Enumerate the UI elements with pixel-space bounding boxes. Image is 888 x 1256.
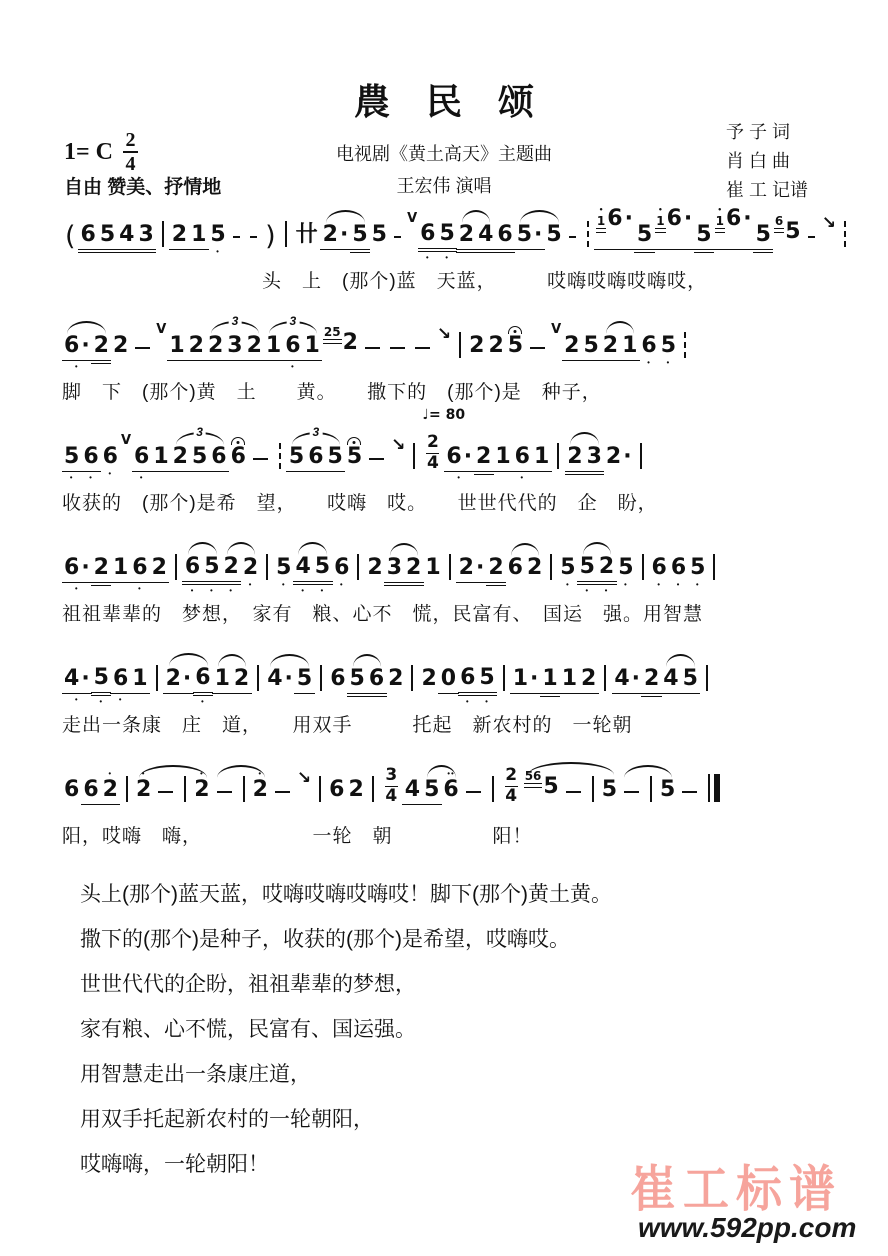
note-body: 6 xyxy=(195,667,210,689)
note: 5 xyxy=(683,653,698,706)
note-digit: 6 xyxy=(185,556,200,578)
note-digit: 5 xyxy=(560,557,575,579)
beam-line xyxy=(81,471,101,472)
beam-line xyxy=(584,471,604,472)
note: 5 xyxy=(424,764,439,817)
slur-group: 23 xyxy=(565,431,604,484)
note: 1 xyxy=(113,542,128,595)
note-body: 6 xyxy=(329,779,344,801)
beam-group: •16·5 xyxy=(714,193,773,262)
fermata-icon xyxy=(508,326,522,334)
note-digit: 2 xyxy=(136,779,151,801)
beam-line xyxy=(438,693,458,694)
slur-group: 5••6 xyxy=(422,764,461,817)
note-below xyxy=(169,357,184,373)
note-body: 5 xyxy=(660,779,675,801)
note-below xyxy=(488,579,503,595)
augmentation-dot: · xyxy=(534,224,542,246)
note-below xyxy=(564,357,579,373)
note-body: 6 xyxy=(83,446,98,468)
note-digit: 5 xyxy=(661,335,676,357)
note-body: 1 xyxy=(153,446,168,468)
note-body: 6 xyxy=(508,557,523,579)
note-body: 5 xyxy=(276,557,291,579)
note-below: • xyxy=(185,578,200,595)
note-digit: 5 xyxy=(315,556,330,578)
note: 5• xyxy=(276,542,291,595)
barline xyxy=(257,665,259,691)
fall-off-mark: ↘ xyxy=(297,770,311,787)
note: 3 xyxy=(138,209,153,262)
note: 2 xyxy=(172,209,187,262)
note-body: 6 xyxy=(185,556,200,578)
music-system-3: 5•6•6•V6•13256635655↘♩= 80246·•216•1232·… xyxy=(62,422,852,533)
beam-line xyxy=(495,252,515,253)
beam-line xyxy=(97,249,117,250)
beam-line xyxy=(132,471,152,472)
note-below: • xyxy=(439,245,454,262)
note: 2• xyxy=(243,542,258,595)
note-below xyxy=(542,690,557,706)
note-digit: 2 xyxy=(113,335,128,357)
note-digit: 5 xyxy=(479,667,494,689)
beam-line xyxy=(477,692,497,693)
fermata-icon xyxy=(231,437,245,445)
note-digit: 5 xyxy=(94,667,109,689)
note-body: 252 xyxy=(324,332,358,357)
beam-line xyxy=(577,581,597,582)
beam-line xyxy=(404,582,424,583)
note-digit: 5 xyxy=(683,668,698,690)
note-below xyxy=(387,579,402,595)
beam-line xyxy=(634,249,654,250)
note-below xyxy=(328,468,343,484)
note-digit: 1 xyxy=(542,668,557,690)
note-digit: 6 xyxy=(83,446,98,468)
note-body: 2 xyxy=(388,668,403,690)
beam-line xyxy=(486,582,506,583)
note-below: • xyxy=(560,579,575,595)
beam-group: 4·•5• xyxy=(62,652,111,706)
note-digit: 6 xyxy=(460,667,475,689)
note: 2 xyxy=(189,320,204,373)
note: 6• xyxy=(641,320,656,373)
octave-dot-low: • xyxy=(75,585,79,593)
note: 1 xyxy=(305,320,320,373)
note: 2· xyxy=(323,209,349,262)
breath-mark: V xyxy=(156,323,166,336)
note-body: 6 xyxy=(231,446,246,468)
note-digit: 6 xyxy=(334,557,349,579)
grace-note: •1 xyxy=(716,207,724,233)
note-digit: 5 xyxy=(372,224,387,246)
beam-group: 43 xyxy=(117,209,156,262)
beam-line xyxy=(244,360,264,361)
note-body: 5 xyxy=(210,224,225,246)
note: 5• xyxy=(64,431,79,484)
note-digit: 6 xyxy=(113,668,128,690)
beam-group: 12 xyxy=(560,653,599,706)
duration-dash xyxy=(217,791,232,793)
note-digit: 5 xyxy=(100,224,115,246)
grace-digits: 1 xyxy=(597,215,605,227)
note-digit: 5 xyxy=(352,224,367,246)
note-body: 5 xyxy=(618,557,633,579)
note-digit: 2 xyxy=(421,668,436,690)
note-body: 5 xyxy=(424,779,439,801)
note-digit: 2 xyxy=(388,668,403,690)
note-digit: 6 xyxy=(308,446,323,468)
note-body: 4 xyxy=(119,224,134,246)
note-body: 5 xyxy=(661,335,676,357)
note: 1 xyxy=(132,653,147,706)
note-body: 6 xyxy=(113,668,128,690)
note-below: • xyxy=(195,689,210,706)
beam-line xyxy=(579,693,599,694)
note: 5 xyxy=(756,209,771,262)
octave-dot-low: • xyxy=(216,248,220,256)
lyrics-block: 头上(那个)蓝天蓝，哎嗨哎嗨哎嗨哎！脚下(那个)黄土黄。 撒下的(那个)是种子，… xyxy=(80,872,612,1187)
note-body: 5 xyxy=(347,446,362,468)
barline xyxy=(492,776,494,802)
beam-line xyxy=(512,471,532,472)
note-digit: 1 xyxy=(495,446,510,468)
beam-group: 4·2 xyxy=(612,653,661,706)
time-signature: 24 xyxy=(505,767,518,805)
duration-dash xyxy=(624,791,639,793)
beam-line xyxy=(559,693,579,694)
beam-line xyxy=(91,585,111,586)
note: 2• xyxy=(224,541,239,595)
octave-dot-low: • xyxy=(191,587,195,595)
note: 3 xyxy=(587,431,602,484)
note-below xyxy=(683,690,698,706)
note: 2 xyxy=(388,653,403,706)
beam-line xyxy=(78,252,98,253)
beam-line xyxy=(91,363,111,364)
note-body: 6 xyxy=(330,668,345,690)
note-body: 2 xyxy=(136,779,151,801)
note-below xyxy=(113,579,128,595)
note-body: 2· xyxy=(459,557,485,579)
note-digit: 4 xyxy=(119,224,134,246)
note-digit: 2 xyxy=(243,557,258,579)
beam-line xyxy=(418,248,438,249)
lyrics-line: 用智慧走出一条康庄道， xyxy=(80,1052,612,1097)
beam-line xyxy=(713,249,754,250)
beam-line xyxy=(100,804,120,805)
beam-group: 6•2 xyxy=(81,764,120,817)
note-digit: 5 xyxy=(756,224,771,246)
note: 5 xyxy=(328,431,343,484)
note: 1 xyxy=(215,653,230,706)
slur-group: 5 xyxy=(619,764,677,817)
note-digit: 5 xyxy=(637,224,652,246)
note: 6 xyxy=(231,431,246,484)
music-lyrics-row: 走出一条康 庄 道， 用双手 托起 新农村的 一轮朝 xyxy=(62,710,852,737)
beam-line xyxy=(91,582,111,583)
beam-line xyxy=(62,582,93,583)
beam-line xyxy=(456,582,487,583)
note-below xyxy=(352,246,367,262)
augmentation-dot: · xyxy=(743,208,751,230)
note-body: 2 xyxy=(113,335,128,357)
note-body: 5 xyxy=(352,224,367,246)
beam-line xyxy=(182,584,202,585)
note-above: • xyxy=(142,764,146,779)
beam-line xyxy=(612,693,643,694)
tuplet-number: 3 xyxy=(310,425,323,439)
note-body: 6 xyxy=(369,668,384,690)
note-body: 3 xyxy=(227,335,242,357)
note-body: 2 xyxy=(581,668,596,690)
beam-line xyxy=(117,252,137,253)
beam-line xyxy=(694,252,714,253)
beam-line xyxy=(293,584,313,585)
note: 6• xyxy=(195,652,210,706)
beam-line xyxy=(81,804,101,805)
octave-dot-low: • xyxy=(301,587,305,595)
note-body: 3 xyxy=(138,224,153,246)
beam-line xyxy=(596,581,616,582)
note-digit: 3 xyxy=(587,446,602,468)
slur-group: 12 xyxy=(213,653,252,706)
beam-line xyxy=(325,471,345,472)
lyrics-line: 头上(那个)蓝天蓝，哎嗨哎嗨哎嗨哎！脚下(那个)黄土黄。 xyxy=(80,872,612,917)
beam-group: 16•2 xyxy=(111,542,169,595)
note: 5· xyxy=(517,209,543,262)
note-body: 2 xyxy=(406,557,421,579)
slur-group: 6·•2 xyxy=(62,320,111,373)
final-barline xyxy=(708,774,720,802)
augmentation-dot: · xyxy=(530,668,538,690)
note-body: •16· xyxy=(656,208,692,246)
beam-line xyxy=(283,360,303,361)
beam-line xyxy=(263,360,283,361)
note-body: 5 xyxy=(439,223,454,245)
note-digit: 6 xyxy=(641,335,656,357)
note-below xyxy=(94,579,109,595)
note-below xyxy=(369,690,384,706)
beam-group: •16·5 xyxy=(595,193,654,262)
note-digit: 2 xyxy=(173,446,188,468)
octave-dot-low: • xyxy=(457,474,461,482)
note-body: 6 xyxy=(285,335,300,357)
note-body: 4· xyxy=(64,668,90,690)
beam-group: 6·•2 xyxy=(444,431,493,484)
note: •2 xyxy=(136,764,151,817)
note-digit: 6 xyxy=(64,557,79,579)
barline xyxy=(156,665,158,691)
note: •2 xyxy=(194,764,209,817)
note-digit: 3 xyxy=(387,557,402,579)
note-digit: 2 xyxy=(606,446,621,468)
note-below: • xyxy=(64,579,90,595)
note-digit: 5 xyxy=(350,668,365,690)
note-digit: 6 xyxy=(497,224,512,246)
note-below xyxy=(562,690,577,706)
note-body: 2 xyxy=(488,557,503,579)
note-body: 2· xyxy=(166,668,192,690)
note-digit: 6 xyxy=(420,223,435,245)
note-body: 2 xyxy=(189,335,204,357)
note-below: • xyxy=(64,468,79,484)
barline xyxy=(706,665,708,691)
note-body: 2 xyxy=(476,446,491,468)
dashed-barline xyxy=(844,221,846,247)
note-below xyxy=(603,357,618,373)
barline xyxy=(372,776,374,802)
note-digit: 2 xyxy=(208,335,223,357)
note: 1 xyxy=(191,209,206,262)
octave-dot-low: • xyxy=(520,474,524,482)
beam-line xyxy=(565,471,585,472)
note: 2 xyxy=(113,320,128,373)
note-body: 6 xyxy=(308,446,323,468)
note-digit: 2 xyxy=(406,557,421,579)
beam-line xyxy=(189,471,209,472)
note: 1 xyxy=(622,320,637,373)
slur-group: 3256 xyxy=(171,431,229,484)
note: 2 xyxy=(476,431,491,484)
note-digit: 1 xyxy=(513,668,528,690)
note-digit: 6 xyxy=(103,446,118,468)
note-digit: 2 xyxy=(459,557,474,579)
beam-line xyxy=(312,581,332,582)
time-signature: ♩= 8024 xyxy=(426,434,439,472)
note: 5• xyxy=(560,542,575,595)
beam-line xyxy=(202,584,222,585)
slur-group: 4•5• xyxy=(293,541,332,595)
note-digit: 5 xyxy=(210,224,225,246)
note-digit: 5 xyxy=(583,335,598,357)
note-below xyxy=(113,357,128,373)
beam-line xyxy=(136,249,156,250)
beam-line xyxy=(654,249,695,250)
note-below: • xyxy=(210,246,225,262)
note-below xyxy=(497,246,512,262)
note-digit: 2 xyxy=(343,332,358,354)
note: 1 xyxy=(169,320,184,373)
note-below: • xyxy=(515,468,530,484)
barline xyxy=(184,776,186,802)
note: 2 xyxy=(173,431,188,484)
octave-dot-low: • xyxy=(291,363,295,371)
note-below xyxy=(478,246,493,262)
note-digit: 2 xyxy=(469,335,484,357)
beam-group: 5•6• xyxy=(62,431,101,484)
note-body: 565 xyxy=(525,776,559,801)
beam-line xyxy=(202,581,222,582)
note-digit: 2 xyxy=(564,335,579,357)
augmentation-dot: · xyxy=(632,668,640,690)
note-digit: 6 xyxy=(607,208,622,230)
lyrics-line: 撒下的(那个)是种子，收获的(那个)是希望，哎嗨哎。 xyxy=(80,917,612,962)
octave-dot-low: • xyxy=(99,698,103,706)
note: 2 xyxy=(208,320,223,373)
beam-line xyxy=(302,360,322,361)
duration-dash xyxy=(253,458,268,460)
note-digit: 5 xyxy=(328,446,343,468)
note-below xyxy=(581,690,596,706)
note-below: • xyxy=(276,579,291,595)
note-below xyxy=(329,801,344,817)
note-body: 4· xyxy=(614,668,640,690)
note: 1 xyxy=(542,653,557,706)
note-body: •16· xyxy=(597,208,633,246)
note: 2 xyxy=(469,320,484,373)
note-below xyxy=(83,801,98,817)
note: 2 xyxy=(644,653,659,706)
note-body: 1 xyxy=(562,668,577,690)
note-below xyxy=(289,468,304,484)
time-signature: 34 xyxy=(385,767,398,805)
beam-line xyxy=(486,585,506,586)
music-score: (6543215•)卄2·55V6•5•2465·5•16·5•16·5•16·… xyxy=(62,200,852,866)
tuplet-number: 3 xyxy=(193,425,206,439)
parenthesis: ) xyxy=(265,223,276,250)
barline xyxy=(640,443,642,469)
beam-group: 12 xyxy=(167,320,206,373)
note-above: •• xyxy=(447,764,455,779)
note: 2 xyxy=(581,653,596,706)
beam-line xyxy=(661,693,681,694)
note-body: 5 xyxy=(289,446,304,468)
note-digit: 1 xyxy=(191,224,206,246)
note-body: 5 xyxy=(64,446,79,468)
octave-dot-high: •• xyxy=(447,770,455,778)
augmentation-dot: · xyxy=(81,557,89,579)
note: 2 xyxy=(459,209,474,262)
beam-line xyxy=(366,693,386,694)
octave-dot-low: • xyxy=(201,698,205,706)
note-body: 2 xyxy=(208,335,223,357)
barline xyxy=(162,221,164,247)
note-body: 2 xyxy=(488,335,503,357)
beam-group: 25 xyxy=(562,320,601,373)
note-below xyxy=(546,246,561,262)
augmentation-dot: · xyxy=(183,668,191,690)
beam-line xyxy=(620,360,640,361)
lyrics-line: 用双手托起新农村的一轮朝阳， xyxy=(80,1097,612,1142)
beam-line xyxy=(186,360,206,361)
note-digit: 1 xyxy=(266,335,281,357)
octave-dot-low: • xyxy=(321,587,325,595)
note: 2 xyxy=(488,320,503,373)
note-body: 6 xyxy=(81,224,96,246)
beam-line xyxy=(347,693,367,694)
note: 1 xyxy=(425,542,440,595)
note-below xyxy=(663,690,678,706)
sheet-music-page: 農 民 颂 1= C 2 4 自由 赞美、抒情地 电视剧《黄土高天》主题曲 王宏… xyxy=(0,0,888,1256)
music-notes-row: 4·•5•6•12·6•124·56562206•5•1·1124·245 xyxy=(62,644,852,706)
note-body: 2· xyxy=(323,224,349,246)
note-body: 5 xyxy=(328,446,343,468)
beam-line xyxy=(347,696,367,697)
note: 5 xyxy=(352,209,367,262)
beam-group: 6·•2 xyxy=(62,542,111,595)
barline xyxy=(411,665,413,691)
octave-dot-low: • xyxy=(566,581,570,589)
slur-group: 6•5• xyxy=(183,541,222,595)
beam-line xyxy=(437,248,457,249)
note: 2· xyxy=(459,542,485,595)
music-notes-row: 66•2•2•2•2↘623445••62456555 xyxy=(62,755,852,817)
grace-digits: 1 xyxy=(656,215,664,227)
augmentation-dot: · xyxy=(81,335,89,357)
beam-line xyxy=(62,471,82,472)
note: 6• xyxy=(671,542,686,595)
